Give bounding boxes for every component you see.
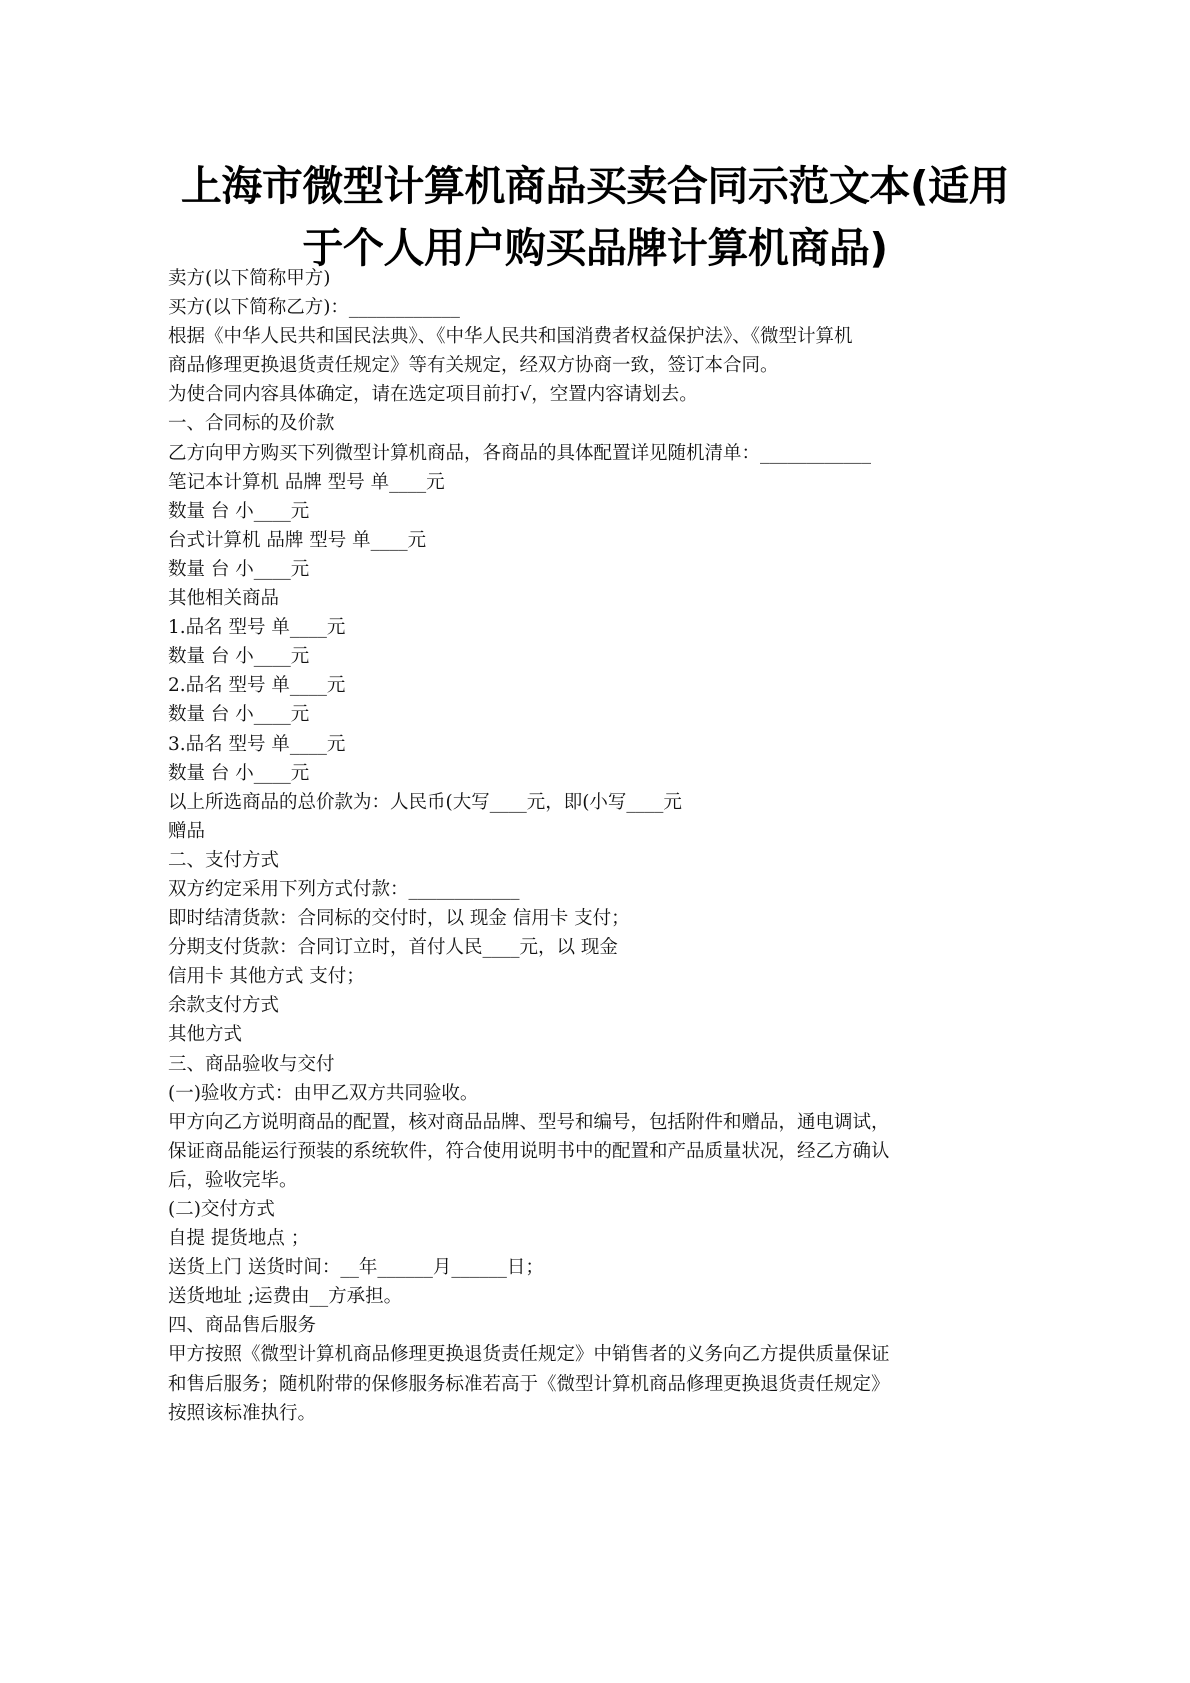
contract-line: (二)交付方式 xyxy=(168,1195,948,1224)
contract-line: 赠品 xyxy=(168,817,948,846)
contract-line: 四、商品售后服务 xyxy=(168,1311,948,1340)
contract-line: 三、商品验收与交付 xyxy=(168,1050,948,1079)
contract-line: 和售后服务；随机附带的保修服务标准若高于《微型计算机商品修理更换退货责任规定》 xyxy=(168,1370,948,1399)
contract-line: 信用卡 其他方式 支付； xyxy=(168,962,948,991)
contract-line: 按照该标准执行。 xyxy=(168,1399,948,1428)
contract-line: 数量 台 小____元 xyxy=(168,700,948,729)
contract-line: 甲方向乙方说明商品的配置，核对商品品牌、型号和编号，包括附件和赠品，通电调试， xyxy=(168,1108,948,1137)
contract-line: 即时结清货款：合同标的交付时，以 现金 信用卡 支付； xyxy=(168,904,948,933)
contract-line: 乙方向甲方购买下列微型计算机商品，各商品的具体配置详见随机清单：________… xyxy=(168,439,948,468)
contract-line: 笔记本计算机 品牌 型号 单____元 xyxy=(168,468,948,497)
contract-line: 余款支付方式 xyxy=(168,991,948,1020)
contract-line: 卖方(以下简称甲方) xyxy=(168,264,948,293)
contract-line: 台式计算机 品牌 型号 单____元 xyxy=(168,526,948,555)
contract-line: 双方约定采用下列方式付款：____________ xyxy=(168,875,948,904)
contract-line: 数量 台 小____元 xyxy=(168,497,948,526)
title-line-1: 上海市微型计算机商品买卖合同示范文本(适用 xyxy=(150,155,1040,217)
contract-line: 甲方按照《微型计算机商品修理更换退货责任规定》中销售者的义务向乙方提供质量保证 xyxy=(168,1340,948,1369)
contract-line: 2.品名 型号 单____元 xyxy=(168,671,948,700)
document-page: 上海市微型计算机商品买卖合同示范文本(适用 于个人用户购买品牌计算机商品) 卖方… xyxy=(0,0,1190,1683)
contract-line: 为使合同内容具体确定，请在选定项目前打√，空置内容请划去。 xyxy=(168,380,948,409)
contract-line: 1.品名 型号 单____元 xyxy=(168,613,948,642)
contract-line: 自提 提货地点 ； xyxy=(168,1224,948,1253)
contract-line: 3.品名 型号 单____元 xyxy=(168,730,948,759)
contract-line: 数量 台 小____元 xyxy=(168,555,948,584)
contract-line: 一、合同标的及价款 xyxy=(168,409,948,438)
contract-line: 其他相关商品 xyxy=(168,584,948,613)
contract-line: 保证商品能运行预装的系统软件，符合使用说明书中的配置和产品质量状况，经乙方确认 xyxy=(168,1137,948,1166)
contract-line: 分期支付货款：合同订立时，首付人民____元，以 现金 xyxy=(168,933,948,962)
contract-line: 数量 台 小____元 xyxy=(168,759,948,788)
contract-body: 卖方(以下简称甲方)买方(以下简称乙方)：____________根据《中华人民… xyxy=(168,264,948,1428)
contract-line: 以上所选商品的总价款为：人民币(大写____元，即(小写____元 xyxy=(168,788,948,817)
contract-line: 后，验收完毕。 xyxy=(168,1166,948,1195)
contract-line: 送货上门 送货时间：__年______月______日； xyxy=(168,1253,948,1282)
contract-line: (一)验收方式：由甲乙双方共同验收。 xyxy=(168,1079,948,1108)
contract-line: 买方(以下简称乙方)：____________ xyxy=(168,293,948,322)
contract-line: 二、支付方式 xyxy=(168,846,948,875)
contract-line: 送货地址 ;运费由__方承担。 xyxy=(168,1282,948,1311)
contract-line: 其他方式 xyxy=(168,1020,948,1049)
document-title: 上海市微型计算机商品买卖合同示范文本(适用 于个人用户购买品牌计算机商品) xyxy=(150,155,1040,279)
contract-line: 根据《中华人民共和国民法典》、《中华人民共和国消费者权益保护法》、《微型计算机 xyxy=(168,322,948,351)
contract-line: 数量 台 小____元 xyxy=(168,642,948,671)
contract-line: 商品修理更换退货责任规定》等有关规定，经双方协商一致，签订本合同。 xyxy=(168,351,948,380)
